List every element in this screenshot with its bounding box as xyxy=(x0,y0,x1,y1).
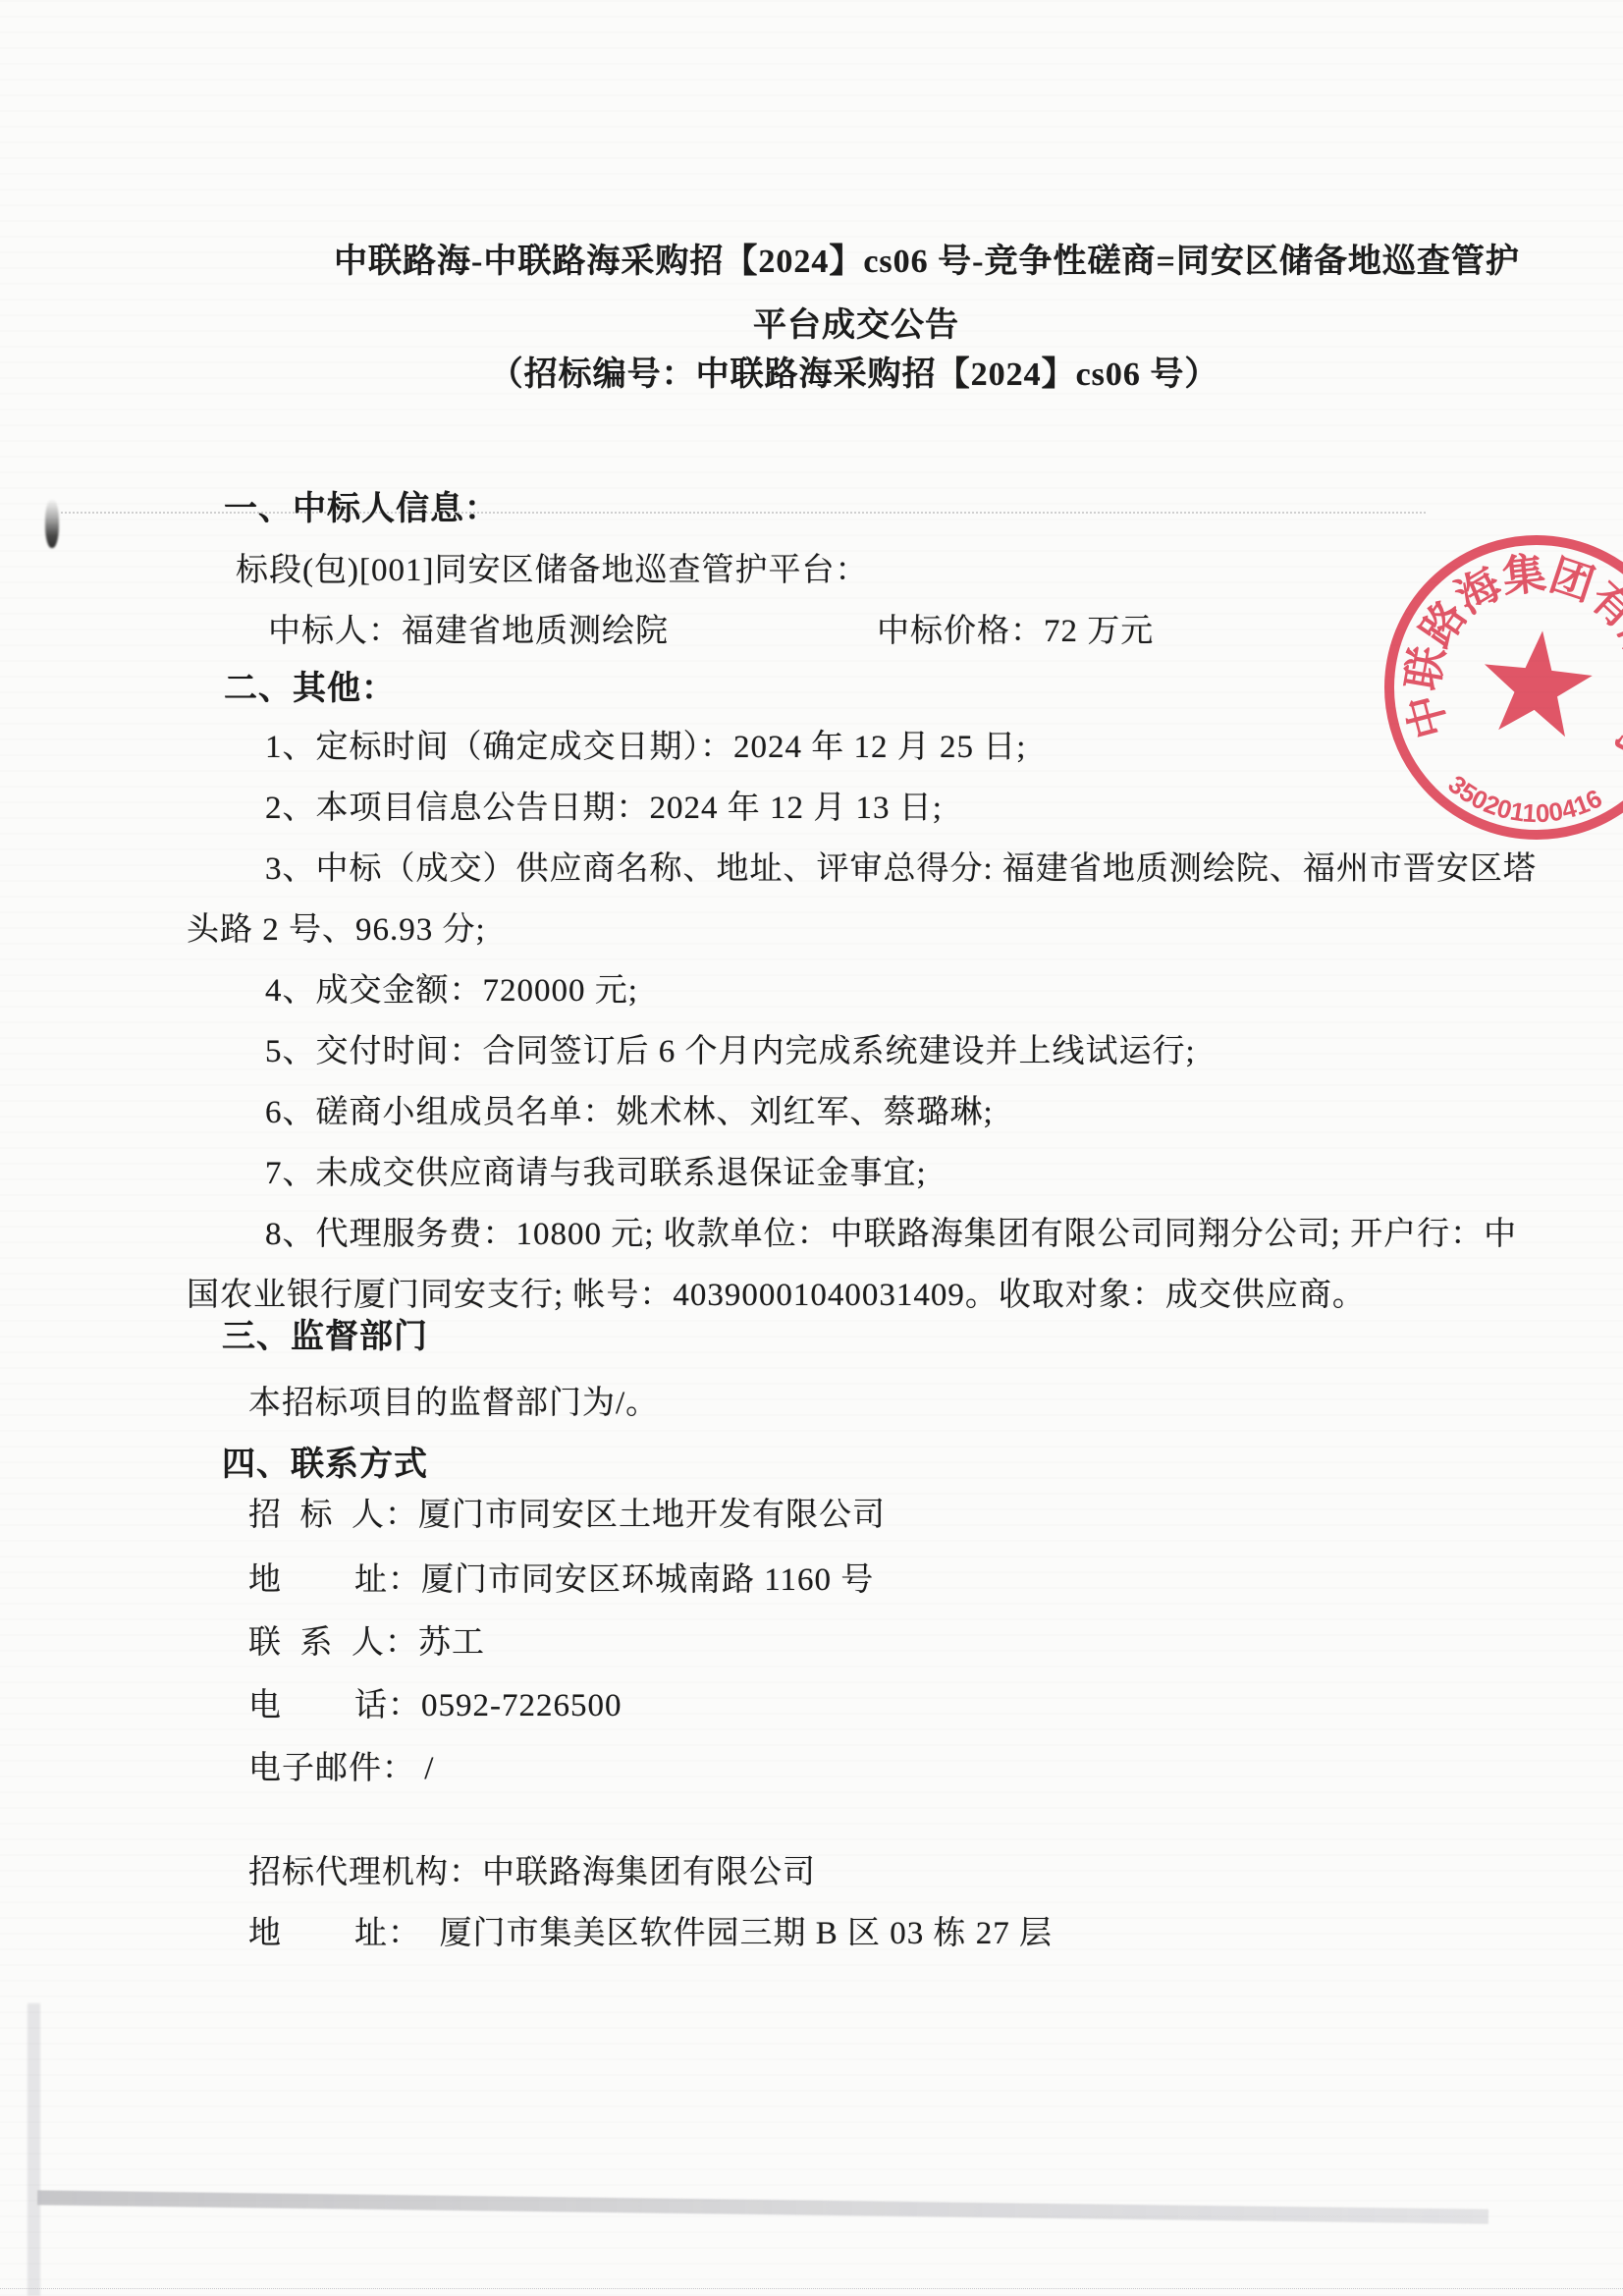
seal-company-text: 中联路海集团有限公司 xyxy=(1392,536,1623,771)
other-item-line: 7、未成交供应商请与我司联系退保证金事宜; xyxy=(265,1153,927,1195)
scan-left-strip xyxy=(27,2003,40,2296)
tender-number-line: （招标编号：中联路海采购招【2024】cs06 号） xyxy=(490,354,1219,397)
document-page: 中联路海-中联路海采购招【2024】cs06 号-竞争性磋商=同安区储备地巡查管… xyxy=(0,0,1623,2296)
other-item-wrap-line: 国农业银行厦门同安支行; 帐号：40390001040031409。收取对象：成… xyxy=(187,1275,1366,1317)
winner-name: 中标人：福建省地质测绘院 xyxy=(268,611,669,653)
other-item-line: 6、磋商小组成员名单：姚术林、刘红军、蔡璐琳; xyxy=(265,1092,994,1134)
contact-line-agency: 招标代理机构：中联路海集团有限公司 xyxy=(248,1852,816,1894)
section-2-heading: 二、其他： xyxy=(224,668,396,711)
seal-star-icon xyxy=(1478,626,1596,739)
contact-line-phone: 电 话：0592-7226500 xyxy=(248,1685,622,1727)
document-title-line-1: 中联路海-中联路海采购招【2024】cs06 号-竞争性磋商=同安区储备地巡查管… xyxy=(334,241,1520,284)
other-item-line: 8、代理服务费：10800 元; 收款单位：中联路海集团有限公司同翔分公司; 开… xyxy=(265,1214,1517,1256)
winner-price: 中标价格：72 万元 xyxy=(877,611,1154,653)
document-title-line-2: 平台成交公告 xyxy=(753,304,959,348)
section-3-heading: 三、监督部门 xyxy=(222,1316,428,1359)
contact-line-person: 联 系 人：苏工 xyxy=(248,1622,485,1665)
scan-smudge xyxy=(45,499,59,548)
contact-line-email: 电子邮件： / xyxy=(248,1748,434,1790)
contact-line-address: 地 址：厦门市同安区环城南路 1160 号 xyxy=(248,1559,874,1602)
other-item-line: 1、定标时间（确定成交日期）：2024 年 12 月 25 日; xyxy=(265,727,1026,769)
bid-section-line: 标段(包)[001]同安区储备地巡查管护平台： xyxy=(236,550,868,592)
contact-line-agency-address: 地 址： 厦门市集美区软件园三期 B 区 03 栋 27 层 xyxy=(248,1913,1053,1955)
other-item-wrap-line: 头路 2 号、96.93 分; xyxy=(187,909,486,952)
scan-bottom-dotted-line xyxy=(0,2288,1623,2289)
other-item-line: 3、中标（成交）供应商名称、地址、评审总得分: 福建省地质测绘院、福州市晋安区塔 xyxy=(265,848,1537,891)
supervision-line: 本招标项目的监督部门为/。 xyxy=(248,1383,659,1425)
contact-line-tenderer: 招 标 人：厦门市同安区土地开发有限公司 xyxy=(248,1495,886,1537)
section-1-heading: 一、中标人信息： xyxy=(224,488,499,531)
other-item-line: 2、本项目信息公告日期：2024 年 12 月 13 日; xyxy=(265,788,943,830)
company-seal: 中联路海集团有限公司 350201100416 xyxy=(1360,511,1623,864)
other-item-line: 4、成交金额：720000 元; xyxy=(265,970,638,1012)
other-item-line: 5、交付时间：合同签订后 6 个月内完成系统建设并上线试运行; xyxy=(265,1031,1196,1073)
section-4-heading: 四、联系方式 xyxy=(222,1444,428,1487)
scan-gray-band xyxy=(37,2190,1488,2223)
